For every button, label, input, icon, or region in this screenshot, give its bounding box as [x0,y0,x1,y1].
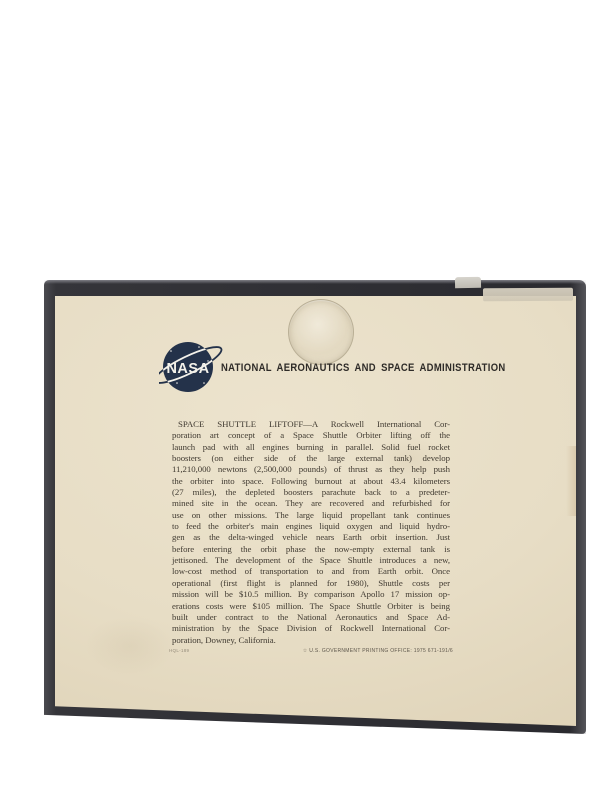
caption-line: 11,210,000 newtons (2,500,000 pounds) of… [172,464,450,475]
paper-stain [85,616,175,676]
caption-line: erations costs were $105 million. The Sp… [172,601,450,612]
caption-line: operational (first flight is planned for… [172,578,450,589]
caption-line: jettisoned. The development of the Space… [172,555,450,566]
caption-line: SPACE SHUTTLE LIFTOFF—A Rockwell Interna… [172,419,450,430]
caption-line: mission will be $10.5 million. By compar… [172,589,450,600]
caption-line: before entering the orbit phase the now-… [172,544,450,555]
caption-line: boosters (on either side of the large ex… [172,453,450,464]
caption-line: poration art concept of a Space Shuttle … [172,430,450,441]
caption-line: (27 miles), the depleted boosters parach… [172,487,450,498]
caption-line: the orbiter into space. Following burnou… [172,476,450,487]
photo-back-card: NASA NATIONAL AERONAUTICS AND SPACE ADMI… [55,296,576,726]
photo-of-nasa-litho-back: NASA NATIONAL AERONAUTICS AND SPACE ADMI… [0,0,600,800]
gpo-print-line: ☆ U.S. GOVERNMENT PRINTING OFFICE: 1975 … [303,648,453,654]
paper-stain [566,446,576,516]
caption-line: low-cost method of transportation to and… [172,566,450,577]
embossed-seal [288,299,354,365]
tape-fragment [483,288,573,302]
caption-line: built under contract to the National Aer… [172,612,450,623]
caption-text: SPACE SHUTTLE LIFTOFF—A Rockwell Interna… [172,419,450,646]
caption-line: to feed the orbiter's main engines liqui… [172,521,450,532]
caption-line: mined site in the ocean. They are recove… [172,498,450,509]
litho-code: HQL-189 [169,648,189,653]
nasa-logo-text: NASA [166,361,209,377]
tape-fragment-small [455,277,481,288]
agency-title: NATIONAL AERONAUTICS AND SPACE ADMINISTR… [221,361,506,375]
caption-line: gen as the delta-winged vehicle nears Ea… [172,532,450,543]
caption-line: poration, Downey, California. [172,635,450,646]
caption-line: ministration by the Space Division of Ro… [172,623,450,634]
footer-printline-row: HQL-189 ☆ U.S. GOVERNMENT PRINTING OFFIC… [169,648,453,654]
caption-line: launch pad with all engines burning in p… [172,442,450,453]
caption-line: use on other missions. The large liquid … [172,510,450,521]
